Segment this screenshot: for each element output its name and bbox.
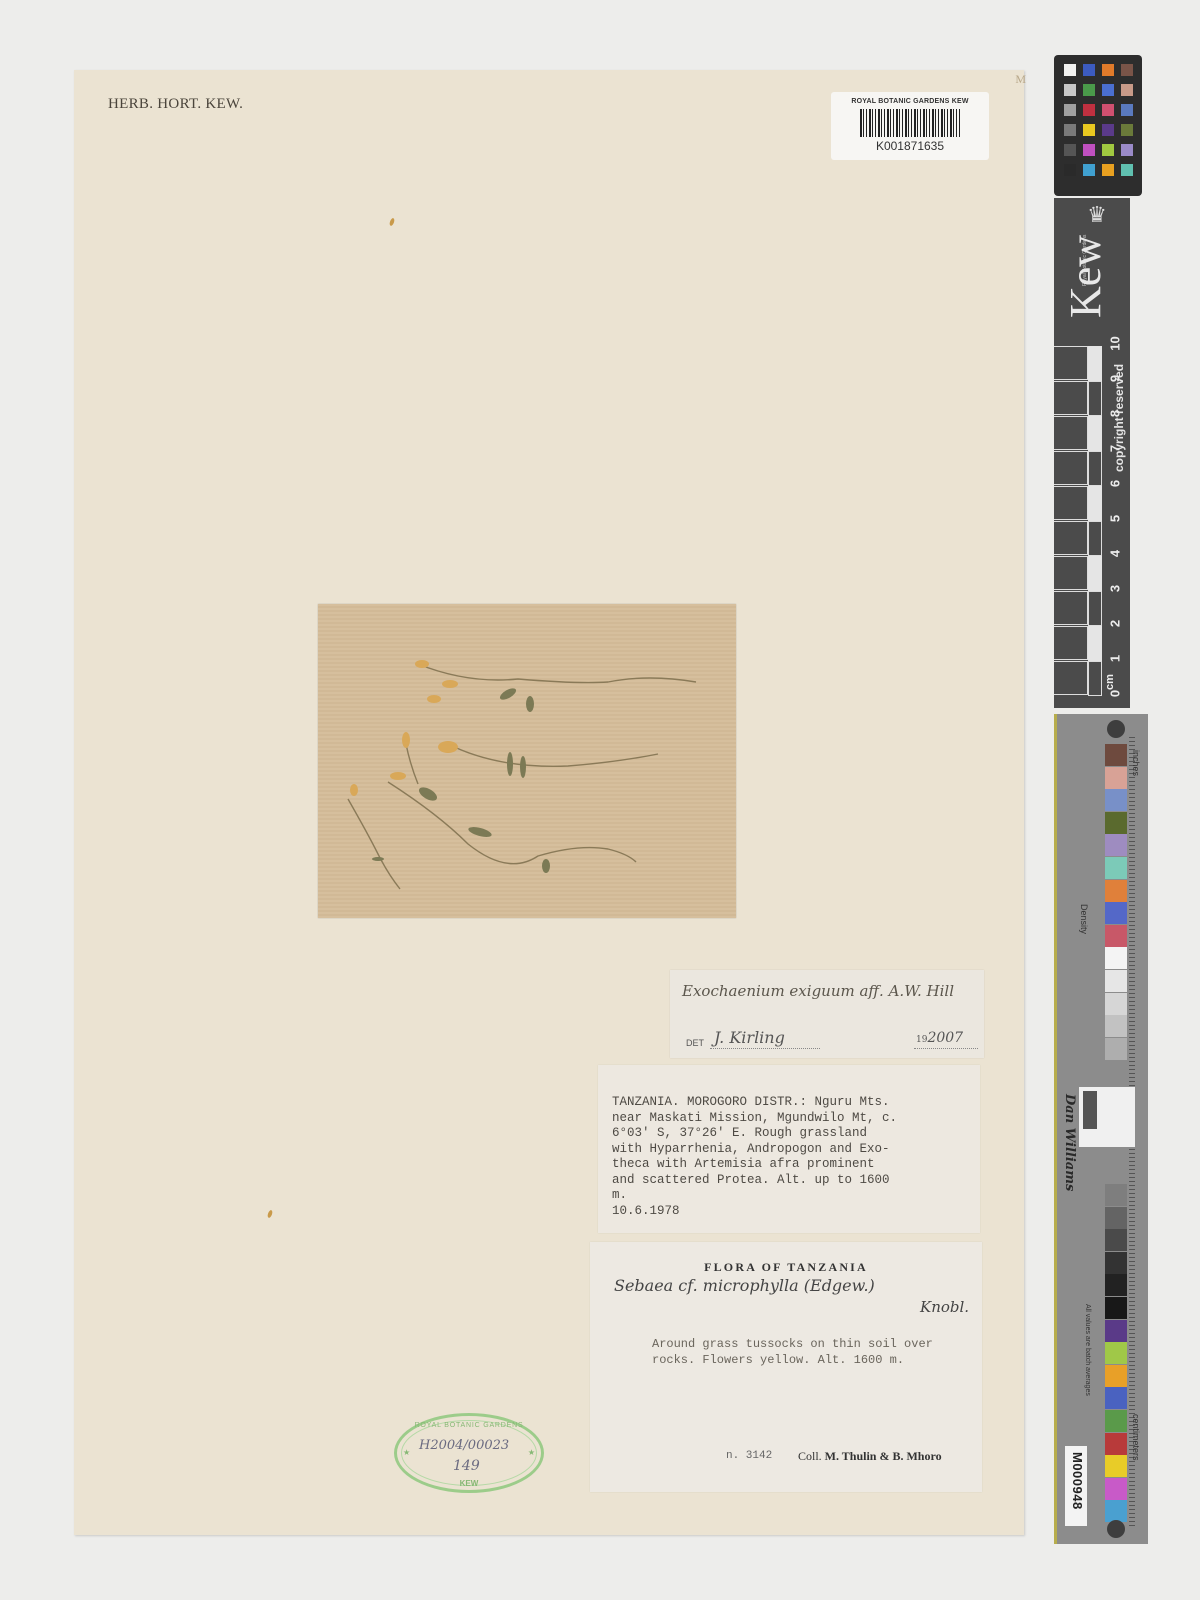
punch-hole-icon (1107, 1520, 1125, 1538)
density-patch (1105, 1207, 1127, 1229)
color-swatch (1102, 64, 1114, 76)
ruler-number: 9 (1108, 368, 1123, 390)
batch-note: All values are batch averages (1084, 1304, 1091, 1396)
habitat-line: rocks. Flowers yellow. Alt. 1600 m. (652, 1352, 933, 1368)
resolution-target (1079, 1087, 1135, 1147)
density-patch (1105, 902, 1127, 924)
density-patch (1105, 970, 1127, 992)
ruler-strip (1088, 416, 1102, 451)
color-swatch (1083, 84, 1095, 96)
density-patch (1105, 767, 1127, 789)
color-swatch (1102, 144, 1114, 156)
color-swatch (1064, 164, 1076, 176)
det-prefix: DET (686, 1038, 704, 1048)
color-swatch (1064, 104, 1076, 116)
density-patch (1105, 1410, 1127, 1432)
barcode-number: K001871635 (831, 139, 989, 153)
year-prefix: 19 (916, 1035, 927, 1045)
color-swatch (1083, 144, 1095, 156)
plant-specimen-illustration (318, 604, 736, 918)
ruler-strip (1088, 521, 1102, 556)
punch-hole-icon (1107, 720, 1125, 738)
density-patch (1105, 789, 1127, 811)
ruler-number: 2 (1108, 613, 1123, 635)
ruler-strip (1088, 486, 1102, 521)
ruler-strip (1088, 381, 1102, 416)
color-swatch (1083, 104, 1095, 116)
density-patch (1105, 993, 1127, 1015)
stamp-inner-ring (401, 1420, 537, 1486)
color-swatch (1121, 144, 1133, 156)
density-label: Density (1079, 904, 1089, 934)
density-patch (1105, 1015, 1127, 1037)
barcode-organization: ROYAL BOTANIC GARDENS KEW (831, 98, 989, 105)
color-swatch (1102, 164, 1114, 176)
specimen-packet (318, 604, 736, 918)
color-swatch (1121, 104, 1133, 116)
density-patch (1105, 1387, 1127, 1409)
density-patch (1105, 1229, 1127, 1251)
locality-label: TANZANIA. MOROGORO DISTR.: Nguru Mts. ne… (598, 1065, 980, 1233)
ruler-number: 6 (1108, 473, 1123, 495)
color-swatch (1083, 164, 1095, 176)
density-patch (1105, 834, 1127, 856)
color-swatch (1064, 84, 1076, 96)
determiner-name: J. Kirling (714, 1028, 785, 1047)
strip-code-label: M000948 (1065, 1446, 1087, 1526)
ruler-strip (1088, 626, 1102, 661)
collection-date: 10.6.1978 (612, 1204, 980, 1220)
color-swatch (1102, 84, 1114, 96)
ruler-strip (1088, 346, 1102, 381)
density-patch (1105, 1038, 1127, 1060)
determination-year: 192007 (916, 1030, 963, 1046)
color-swatch (1121, 64, 1133, 76)
collector-names: M. Thulin & B. Mhoro (825, 1449, 942, 1463)
corner-mark: M (1015, 72, 1026, 87)
habitat-text: Around grass tussocks on thin soil overr… (652, 1336, 933, 1368)
ruler-number: 3 (1108, 578, 1123, 600)
target-dark-block (1083, 1091, 1097, 1129)
herbarium-header: HERB. HORT. KEW. (108, 96, 243, 113)
ruler-strip (1088, 661, 1102, 696)
ruler-strip (1088, 591, 1102, 626)
color-swatch (1121, 84, 1133, 96)
inches-label: inches (1131, 750, 1141, 776)
density-patch (1105, 1455, 1127, 1477)
brand-label: Dan Williams (1062, 1094, 1077, 1191)
density-patch (1105, 1478, 1127, 1500)
density-patch (1105, 1365, 1127, 1387)
color-swatch (1083, 64, 1095, 76)
density-patch (1105, 1297, 1127, 1319)
density-patch (1105, 857, 1127, 879)
locality-line: TANZANIA. MOROGORO DISTR.: Nguru Mts. (612, 1095, 980, 1111)
centimeters-label: centimeters (1131, 1414, 1141, 1461)
year-value: 2007 (927, 1030, 963, 1046)
star-icon: ★ (403, 1448, 410, 1457)
locality-line: m. (612, 1188, 980, 1204)
locality-line: 6°03' S, 37°26' E. Rough grassland (612, 1126, 980, 1142)
ruler-cell (1054, 486, 1088, 520)
locality-line: near Maskati Mission, Mgundwilo Mt, c. (612, 1111, 980, 1127)
ruler-cell (1054, 381, 1088, 415)
color-swatch (1121, 124, 1133, 136)
ruler-strip (1088, 451, 1102, 486)
color-swatch (1102, 104, 1114, 116)
ruler-number: 5 (1108, 508, 1123, 530)
stamp-number: 149 (453, 1458, 480, 1474)
flora-author: Knobl. (920, 1298, 969, 1316)
color-swatch (1064, 64, 1076, 76)
color-checker (1054, 55, 1142, 196)
stamp-accession: H2004/00023 (419, 1438, 509, 1453)
density-patch (1105, 925, 1127, 947)
color-swatch (1083, 124, 1095, 136)
ruler-cell (1054, 346, 1088, 380)
density-patch (1105, 880, 1127, 902)
density-patch (1105, 744, 1127, 766)
kew-scale-bar: ♛ Royal Botanic Gardens Kew copyright re… (1054, 198, 1130, 708)
ruler-number: 8 (1108, 403, 1123, 425)
collectors: Coll. M. Thulin & B. Mhoro (798, 1449, 942, 1464)
flora-taxon: Sebaea cf. microphylla (Edgew.) (614, 1276, 875, 1295)
flora-title: FLORA OF TANZANIA (590, 1260, 982, 1275)
color-swatch (1064, 144, 1076, 156)
unit-label: cm (1104, 674, 1116, 690)
locality-line: theca with Artemisia afra prominent (612, 1157, 980, 1173)
cm-ruler-numbers: 012345678910 (1104, 346, 1126, 696)
collection-number: n. 3142 (726, 1450, 772, 1462)
year-dotted-line (914, 1048, 978, 1049)
barcode-label: ROYAL BOTANIC GARDENS KEW K001871635 (831, 92, 989, 160)
color-swatch (1121, 164, 1133, 176)
locality-line: and scattered Protea. Alt. up to 1600 (612, 1173, 980, 1189)
ruler-cell (1054, 556, 1088, 590)
density-patch (1105, 1184, 1127, 1206)
density-patch (1105, 1274, 1127, 1296)
kew-logo: Kew (1060, 235, 1111, 318)
stamp-text: ROYAL BOTANIC GARDENS (397, 1422, 541, 1429)
determination-taxon: Exochaenium exiguum aff. A.W. Hill (682, 982, 954, 1000)
herbarium-sheet: HERB. HORT. KEW. M ROYAL BOTANIC GARDENS… (74, 70, 1024, 1535)
locality-line: with Hyparrhenia, Andropogon and Exo- (612, 1142, 980, 1158)
ruler-cell (1054, 591, 1088, 625)
ruler-number: 4 (1108, 543, 1123, 565)
color-swatch (1064, 124, 1076, 136)
determiner-dotted-line (710, 1048, 820, 1049)
stamp-footer: KEW (397, 1479, 541, 1488)
density-patch (1105, 947, 1127, 969)
ruler-cell (1054, 626, 1088, 660)
collector-prefix: Coll. (798, 1449, 822, 1463)
ruler-cell (1054, 416, 1088, 450)
density-patch (1105, 812, 1127, 834)
density-patch (1105, 1342, 1127, 1364)
ruler-number: 10 (1108, 333, 1123, 355)
ruler-cell (1054, 521, 1088, 555)
strip-code: M000948 (1070, 1452, 1085, 1510)
determination-label: Exochaenium exiguum aff. A.W. Hill DET J… (670, 970, 984, 1058)
density-color-strip: inches Density centimeters All values ar… (1054, 714, 1148, 1544)
color-checker-grid (1064, 64, 1142, 176)
ruler-number: 7 (1108, 438, 1123, 460)
ruler-strip (1088, 556, 1102, 591)
debris-speck (389, 218, 395, 227)
ruler-number: 1 (1108, 648, 1123, 670)
star-icon: ★ (528, 1448, 535, 1457)
cm-ruler (1054, 346, 1102, 696)
density-patch (1105, 1252, 1127, 1274)
color-swatch (1102, 124, 1114, 136)
density-patch (1105, 1433, 1127, 1455)
flora-label: FLORA OF TANZANIA Sebaea cf. microphylla… (590, 1242, 982, 1492)
ruler-cell (1054, 661, 1088, 695)
habitat-line: Around grass tussocks on thin soil over (652, 1336, 933, 1352)
debris-speck (267, 1210, 273, 1219)
barcode-bars (860, 109, 960, 137)
ruler-cell (1054, 451, 1088, 485)
accession-stamp: ROYAL BOTANIC GARDENS ★ ★ H2004/00023 14… (394, 1413, 544, 1493)
density-patch (1105, 1320, 1127, 1342)
